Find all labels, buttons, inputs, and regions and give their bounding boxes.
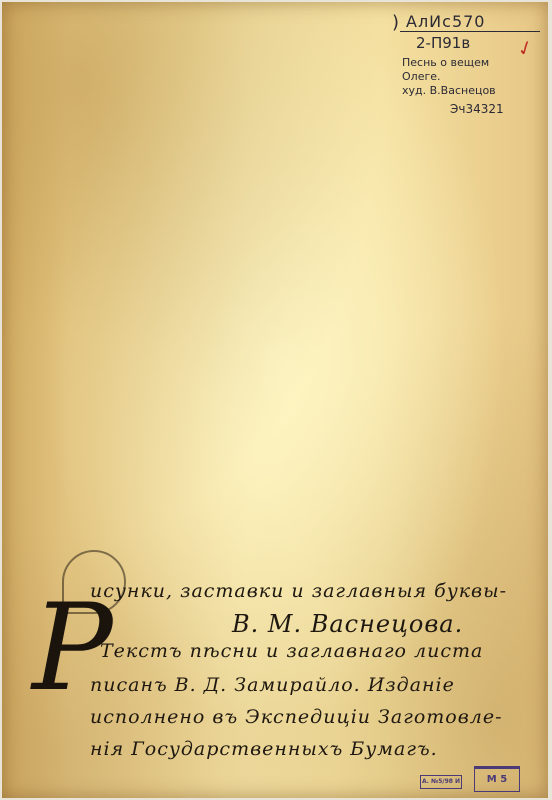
description-line: Олеге. (402, 70, 540, 84)
bracket-mark: ) (392, 12, 400, 33)
library-stamp-large: М 5 (474, 766, 520, 792)
document-page: )АлИс570 2-П91в ✓ Песнь о вещем Олеге. х… (2, 2, 548, 798)
catalog-description: Песнь о вещем Олеге. худ. В.Васнецов (400, 56, 540, 98)
inventory-number: Эч34321 (400, 102, 540, 116)
code-top-text: АлИс570 (406, 12, 485, 31)
catalog-label: )АлИс570 2-П91в ✓ Песнь о вещем Олеге. х… (400, 12, 540, 116)
title-line: исполнено въ Экспедиціи Заготовле- (90, 706, 503, 728)
title-line: исунки, заставки и заглавныя буквы- (90, 580, 507, 602)
library-stamp-small: А. №5/98 И (420, 775, 462, 789)
description-line: худ. В.Васнецов (402, 84, 540, 98)
author-line: В. М. Васнецова. (232, 610, 463, 638)
title-line: нія Государственныхъ Бумагъ. (90, 738, 438, 760)
title-line: Текстъ пѣсни и заглавнаго листа (100, 640, 483, 662)
catalog-code-top: )АлИс570 (400, 12, 540, 32)
title-line: писанъ В. Д. Замирайло. Изданіе (90, 674, 455, 696)
